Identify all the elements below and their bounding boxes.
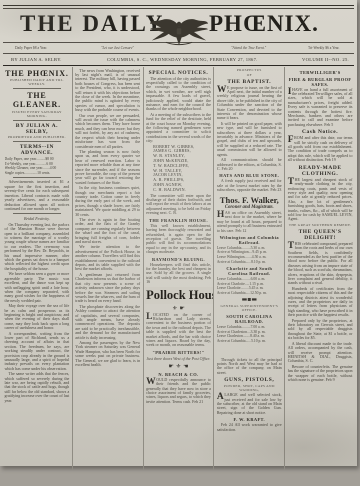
body-text: May their voyage over the sea of life be… <box>5 304 70 330</box>
motto-right: "Attend the True Event." <box>231 46 266 50</box>
body-text: In the city, business continues quiet, t… <box>75 186 140 217</box>
ad-display-title: Pollock House, <box>145 287 213 304</box>
ad-heading: "PRAIRIE BITTERS!" <box>146 350 211 355</box>
masthead-title-right: PHŒNIX. <box>209 11 319 37</box>
body-text: It will be printed on good paper, with n… <box>217 122 282 157</box>
small-caps-line: PUBLISHED DAILY AND TRI-WEEKLY. <box>5 78 70 86</box>
triweekly-rate-note: Tri-Weekly $6 a Year. <box>308 46 339 50</box>
small-caps-line: ISSUED EVERY SATURDAY MORNING. <box>5 110 70 118</box>
divider-rule <box>13 88 62 89</box>
ad-heading: Charlotte and South Carolina Railroad. <box>217 266 282 276</box>
subheading-italic: Bridal Festivity. <box>5 216 70 221</box>
body-text: A liberal discount made to the trade. Al… <box>288 342 353 364</box>
dateline-row: BY JULIAN A. SELBY. COLUMBIA, S. C., WED… <box>3 54 354 66</box>
body-text: Beware of counterfeits. The genuine has … <box>288 365 353 383</box>
body-text-dropcap: WE propose to issue, on the first of Apr… <box>217 86 282 121</box>
section-heading: READY-MADE CLOTHING. <box>288 165 353 177</box>
body-text-dropcap: A LARGE and well selected stock, just re… <box>217 393 282 415</box>
body-text: At a meeting of the subscribers to the f… <box>146 113 211 144</box>
body-text-dropcap: THIS celebrated compound, prepared from … <box>288 242 353 286</box>
schedule-line: Arrive at Columbia.....12.50 p. m. <box>217 291 282 296</box>
column-5: TERWILLIGER'SFIRE & BURGLAR PROOF SAFES.… <box>284 67 355 470</box>
body-text: Among the passengers by the New York ste… <box>75 341 140 367</box>
ad-heading: Wilmington and Columbia Railroad. <box>217 235 282 245</box>
ad-heading: FIRE & BURGLAR PROOF SAFES. <box>288 77 353 87</box>
ornament-icon-row: ⚜ ☛ <box>146 305 211 312</box>
small-caps-line: THE GREAT SOUTHERN REMEDY. <box>288 223 353 227</box>
body-text: Prepared only by the proprietors, at the… <box>288 319 353 341</box>
masthead-section-title: THE GLEANER. <box>5 91 70 109</box>
column-1: THE PHŒNIX.PUBLISHED DAILY AND TRI-WEEKL… <box>2 67 72 470</box>
body-text: All communications should be addressed t… <box>217 158 282 171</box>
body-text: The attention of the city authorities is… <box>146 77 211 112</box>
small-caps-line: PROPRIETOR AND PUBLISHER. <box>5 135 70 139</box>
ornament-icon-row: ☛ ⚜ ☚ <box>146 363 211 370</box>
masthead: THE DAILY PHŒNIX. <box>0 9 357 42</box>
body-text: A gentleman just returned from Charlesto… <box>75 273 140 304</box>
body-text: Housekeepers will find this article, for… <box>146 263 211 285</box>
motto-left: "Let our Just Censure" <box>101 46 134 50</box>
small-caps-line: OF <box>217 73 282 77</box>
section-heading: SPECIAL NOTICES. <box>146 70 211 76</box>
section-heading: THE QUEEN'S DELIGHT! <box>288 229 353 241</box>
body-text: Feb 24 All work warranted to give satisf… <box>217 423 282 432</box>
body-text-dropcap: FROM and after this date, our terms will… <box>288 136 353 162</box>
byline-heading: BY JULIAN A. SELBY, <box>5 123 70 135</box>
small-caps-line: GENERAL SUPERINTENDENT'S OFFICE. <box>217 304 282 312</box>
divider-rule <box>13 177 62 178</box>
body-text: Hundreds of certificates from the most r… <box>288 287 353 318</box>
spacer <box>217 344 282 357</box>
ad-heading: TERWILLIGER'S <box>288 70 353 75</box>
body-text-dropcap: I HAVE on hand a full assortment of the … <box>288 88 353 128</box>
section-heading: THE BAPTIST. <box>217 79 282 85</box>
column-container: THE PHŒNIX.PUBLISHED DAILY AND TRI-WEEKL… <box>2 67 355 470</box>
ad-heading: SOUTH CAROLINA RAILROAD. <box>217 314 282 324</box>
publisher-line: BY JULIAN A. SELBY. <box>11 57 62 62</box>
body-text: We have seldom seen a gayer or more agre… <box>5 272 70 303</box>
committee-name-list: ROBERT W. GIBBES, JAMES G. GIBBES, W. B.… <box>153 145 211 193</box>
dateline: COLUMBIA, S. C., WEDNESDAY MORNING, FEBR… <box>107 57 258 62</box>
body-text: The river is again in fine boating order… <box>75 218 140 244</box>
body-text-dropcap: THE largest and cheapest stock of ready-… <box>288 178 353 222</box>
body-text: We invite attention to the advertisement… <box>75 245 140 271</box>
eagle-emblem-icon <box>149 13 209 51</box>
body-text: A fresh supply just received and for sal… <box>217 179 282 192</box>
column-2: The news from Washington, received by la… <box>72 67 143 470</box>
ad-heading: THE FRANKLIN HOUSE. <box>146 218 211 223</box>
section-heading: GUNS, PISTOLS, <box>217 377 282 383</box>
body-text: Our own people, we are persuaded, will a… <box>75 114 140 149</box>
divider-rule <box>13 141 62 142</box>
body-text: On Thursday evening last, the parlors of… <box>5 223 70 271</box>
body-text: The news from Washington, received by la… <box>75 69 140 113</box>
body-text: The phosphate discoveries along the Ashl… <box>75 305 140 340</box>
section-heading: TERMS--IN ADVANCE. <box>5 144 70 156</box>
newspaper-page: THE DAILY PHŒNIX. Daily Paper $8 a Year.… <box>0 0 357 466</box>
ornament-icon-row: ▬▪▬ <box>217 296 282 303</box>
body-text: The committee will enter upon the discha… <box>146 194 211 216</box>
small-caps-line: POWDER, SHOT, CAPS AND WADDING, <box>217 384 282 392</box>
volume-number: VOLUME II--NO. 25. <box>302 57 349 62</box>
schedule-line: Single copies..............10 cents. <box>5 171 70 176</box>
subheading-italic: Just three doors West of the Post Office… <box>146 356 211 361</box>
daily-rate-note: Daily Paper $8 a Year. <box>15 46 47 50</box>
body-text-dropcap: LOCATED on the corner of Richardson and … <box>146 313 211 348</box>
body-text: Advertisements inserted at $1 a square f… <box>5 180 70 211</box>
column-3: SPECIAL NOTICES.The attention of the cit… <box>143 67 214 470</box>
column-4: PROSPECTUSOFTHE BAPTIST.WE propose to is… <box>213 67 284 470</box>
body-text-dropcap: HAS an office on Assembly street, next d… <box>217 211 282 233</box>
masthead-section-title: THE PHŒNIX. <box>5 69 70 78</box>
body-text: Through tickets to all the principal poi… <box>217 358 282 376</box>
ad-display-title: Thos. F. Walker, <box>217 195 282 205</box>
schedule-line: Arrive at Columbia......8.10 p. m. <box>217 260 282 265</box>
divider-rule <box>13 213 62 214</box>
body-text: The same writer adds that the fences, wh… <box>5 372 70 403</box>
small-caps-line: PROSPECTUS <box>217 68 282 72</box>
body-text-dropcap: WOULD respectfully announce to their fri… <box>146 378 211 404</box>
ad-heading: RAYMOND'S BLUING. <box>146 257 211 262</box>
divider-rule <box>13 120 62 121</box>
body-text: The planting season is now fairly upon u… <box>75 150 140 185</box>
body-text: This well known establishment, having be… <box>146 224 211 255</box>
body-text: A correspondent, writing from the lower … <box>5 332 70 372</box>
masthead-title-left: THE DAILY <box>20 11 164 37</box>
